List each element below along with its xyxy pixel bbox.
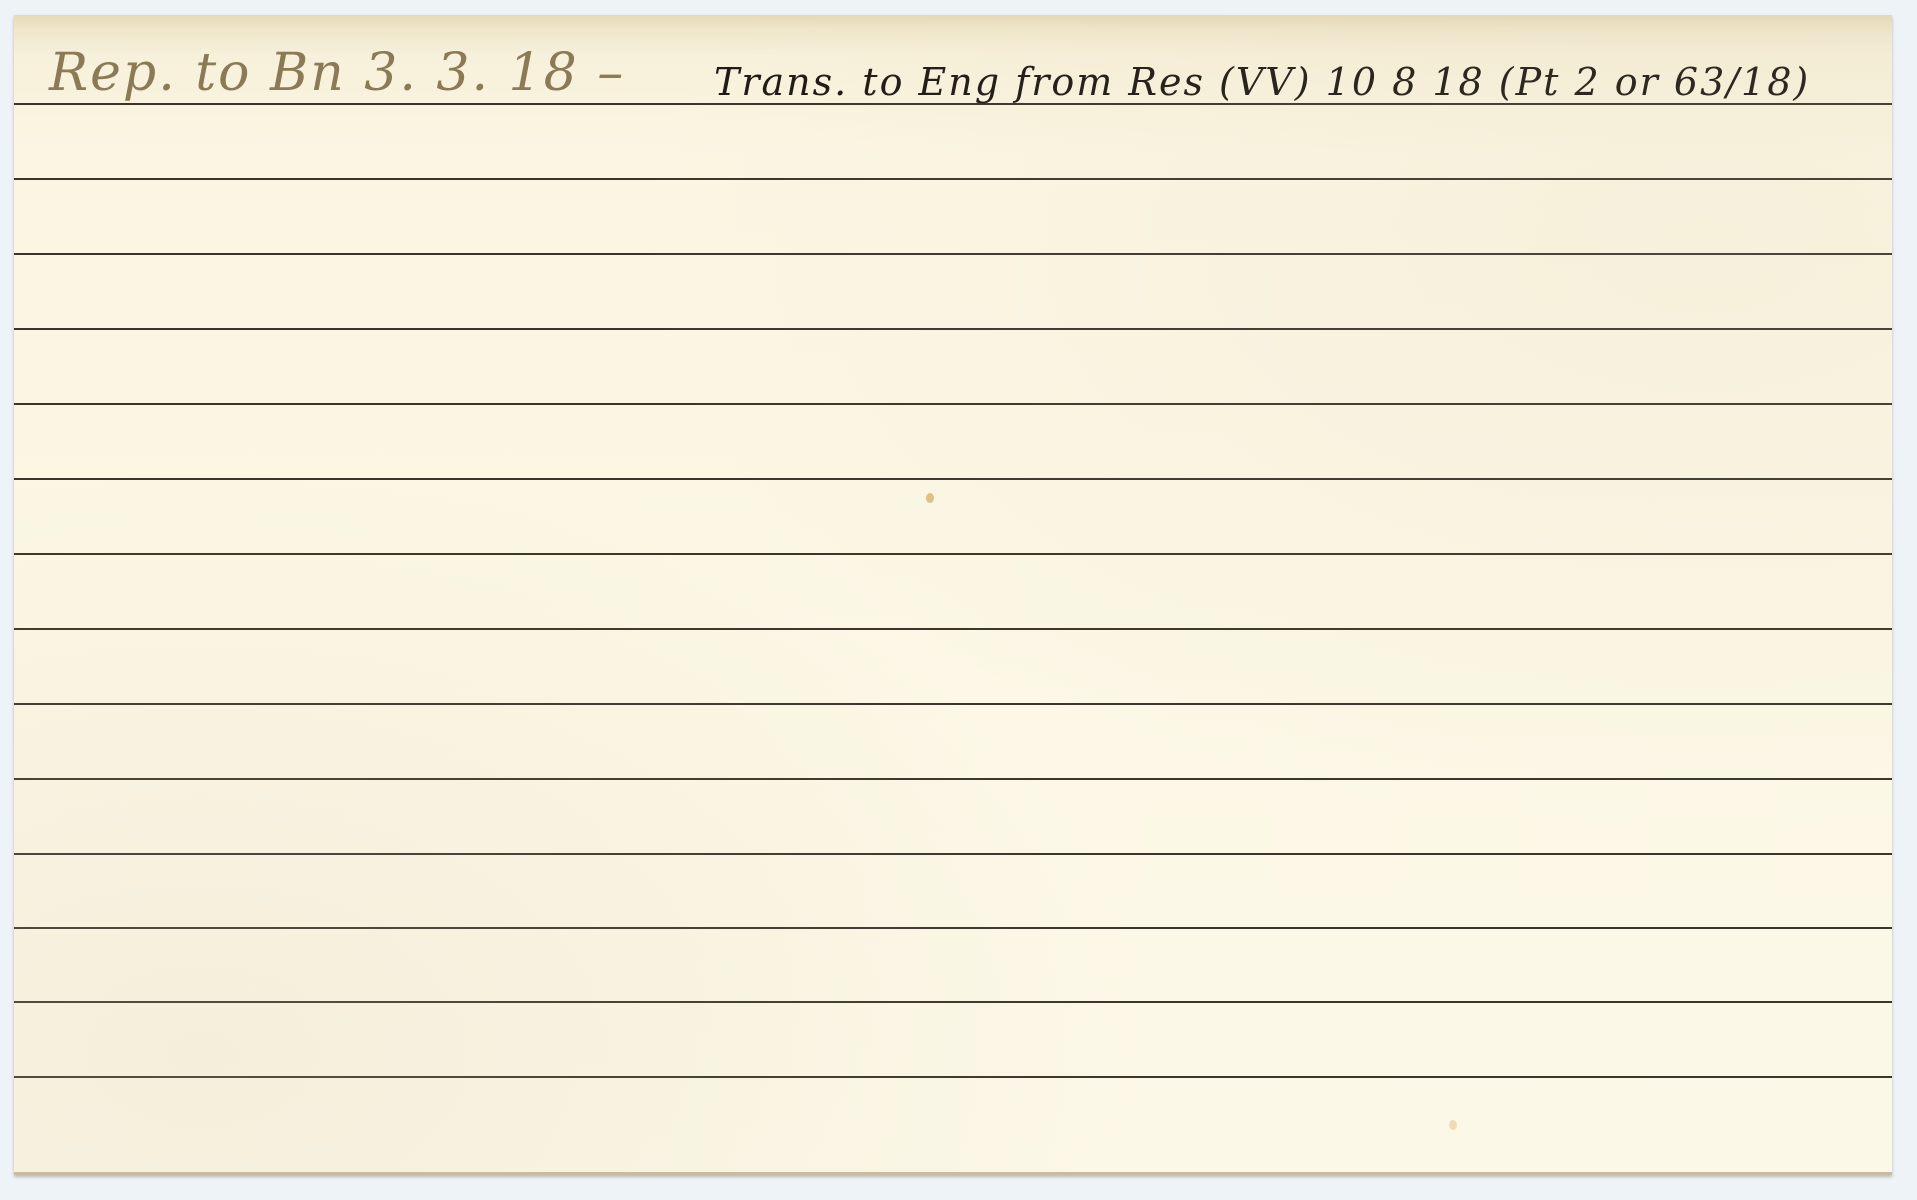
handwritten-annotation-faded: Rep. to Bn 3. 3. 18 – [49,43,625,103]
ruled-line [14,853,1892,855]
ruled-line [14,403,1892,405]
ruled-line [14,253,1892,255]
ruled-line [14,328,1892,330]
ruled-line [14,778,1892,780]
ruled-line [14,103,1892,105]
ruled-line [14,1001,1892,1003]
index-card: Rep. to Bn 3. 3. 18 – Trans. to Eng from… [14,15,1892,1175]
paper-stain [1449,1120,1457,1130]
ruled-line [14,478,1892,480]
ruled-line [14,553,1892,555]
ruled-line [14,178,1892,180]
ruled-line [14,703,1892,705]
ruled-line [14,927,1892,929]
ruled-line [14,628,1892,630]
handwritten-annotation-transfer: Trans. to Eng from Res (VV) 10 8 18 (Pt … [714,60,1810,104]
ruled-line [14,1076,1892,1078]
paper-stain [926,493,934,503]
